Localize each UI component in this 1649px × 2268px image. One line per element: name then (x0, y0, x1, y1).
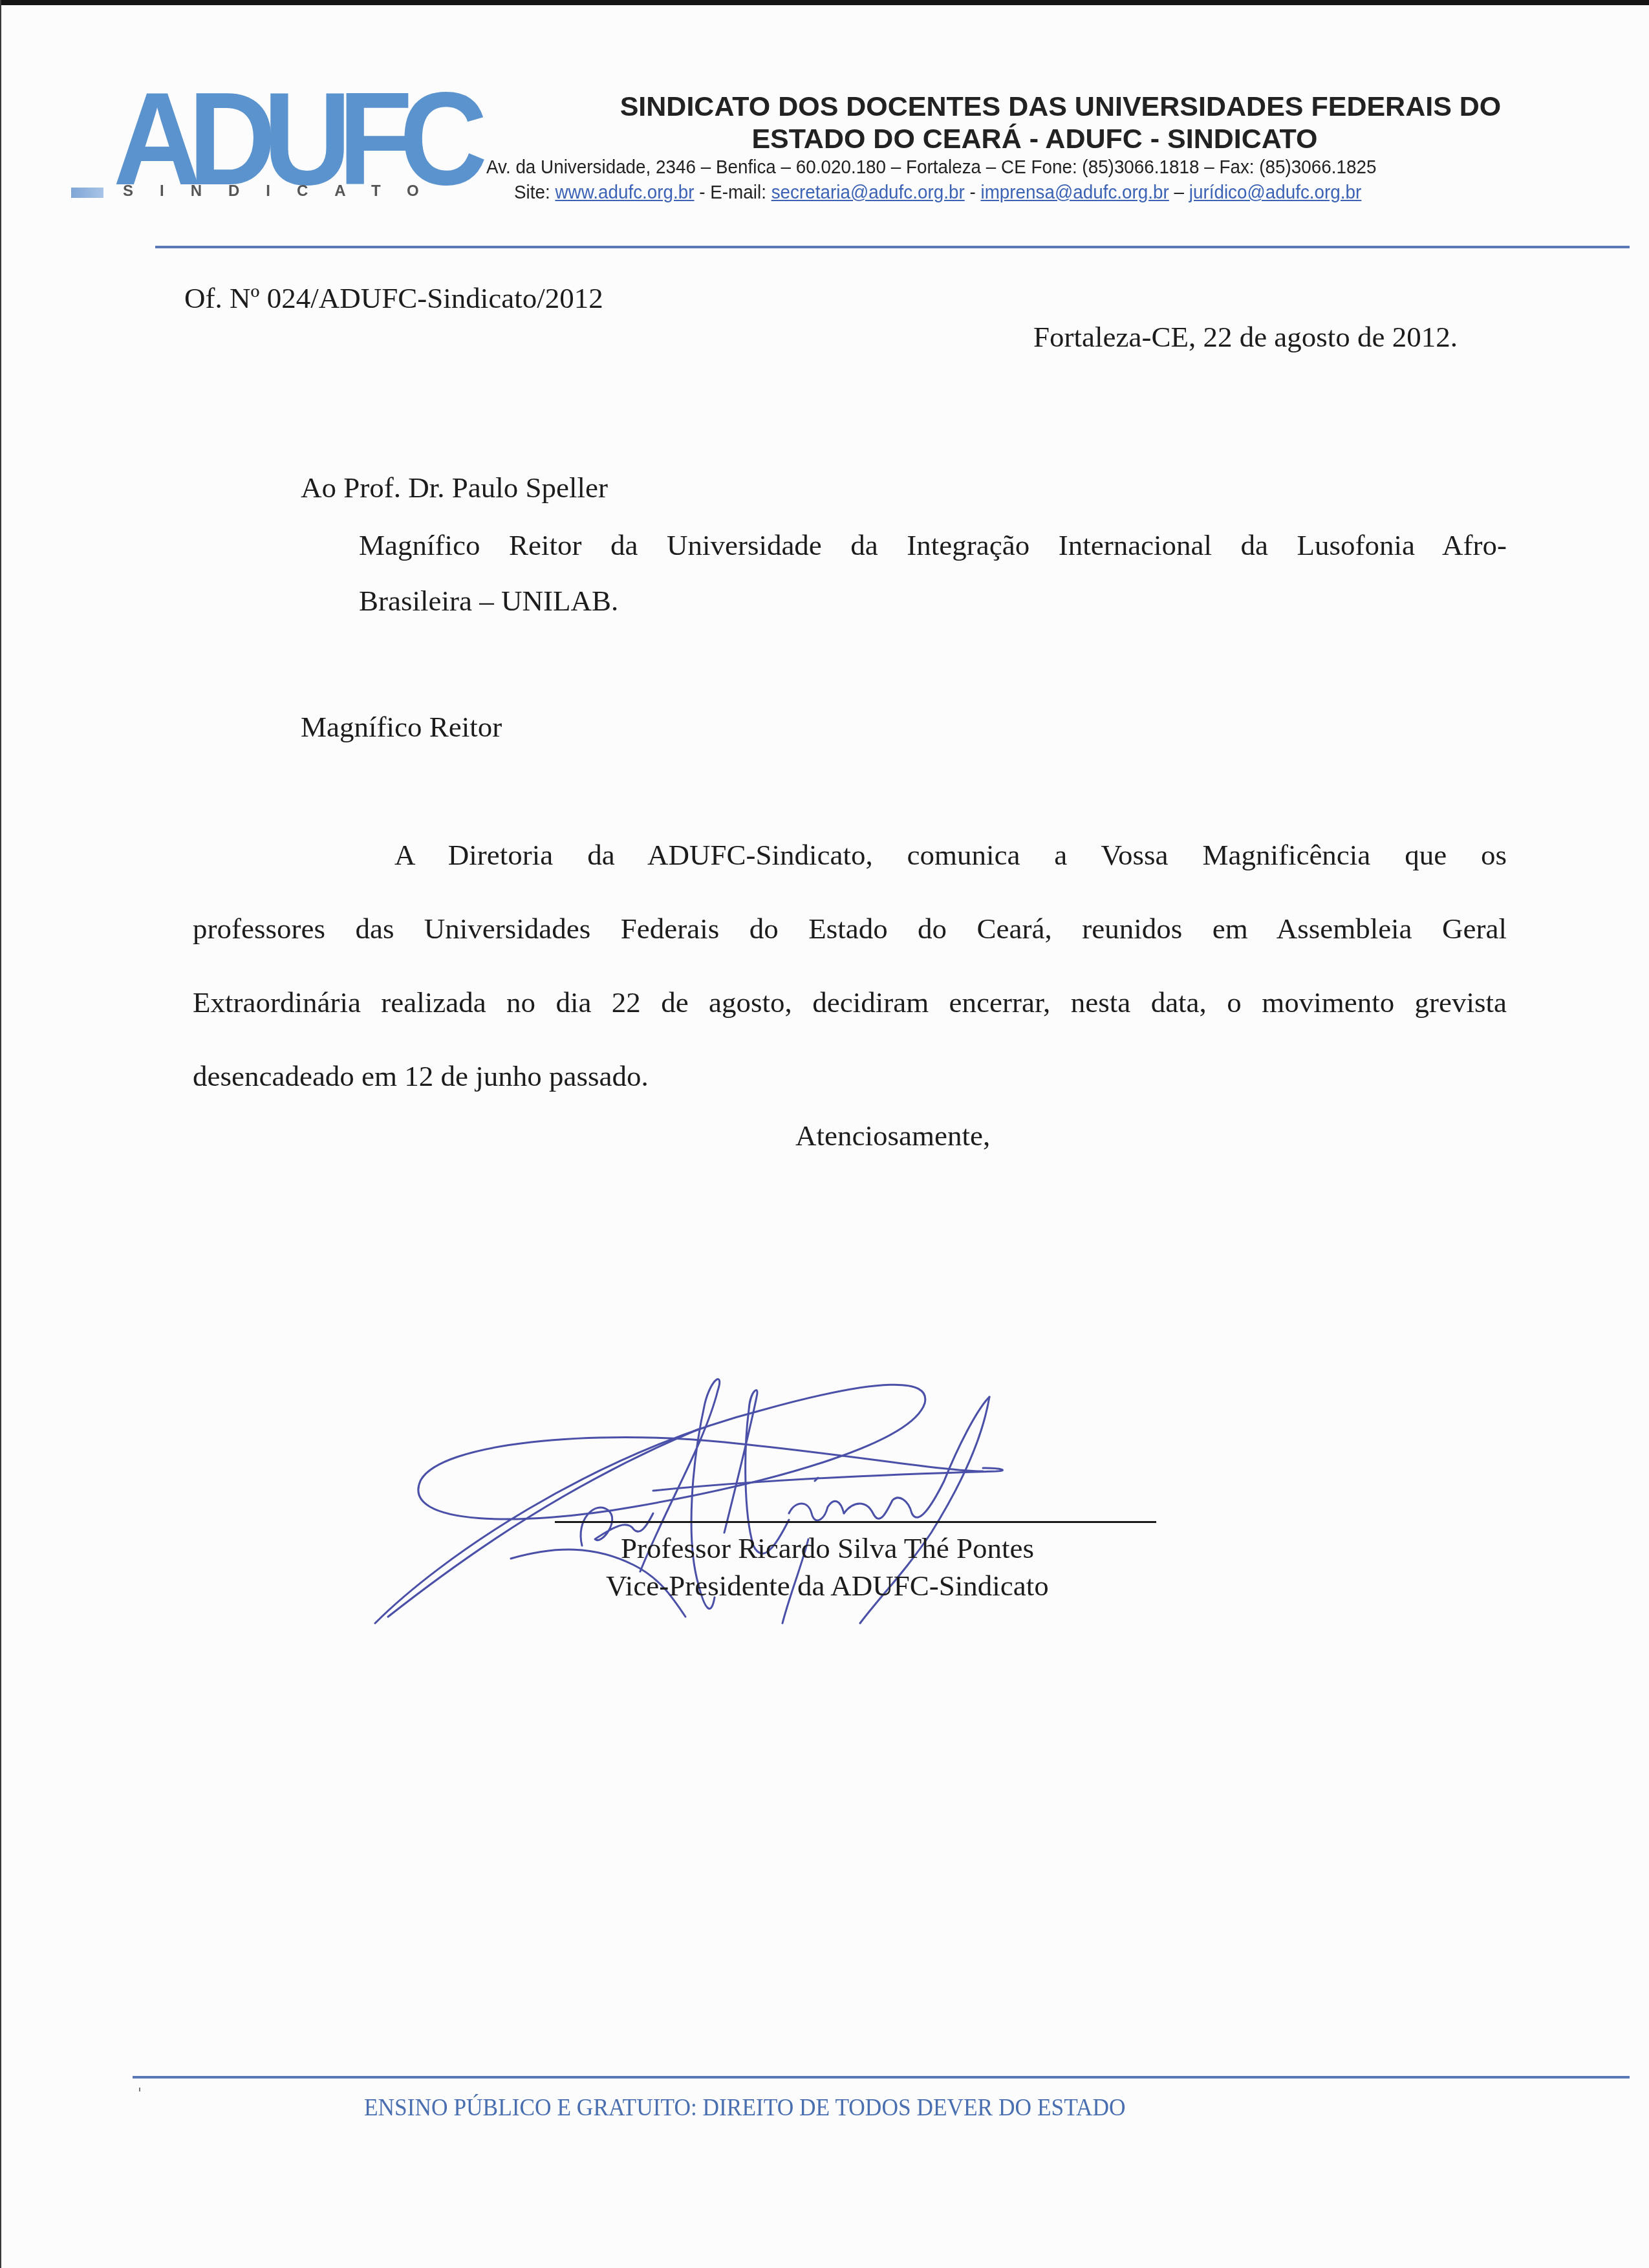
body-line: professores das Universidades Federais d… (193, 892, 1507, 966)
addressee-title-line1: Magnífico Reitor da Universidade da Inte… (359, 517, 1507, 573)
salutation: Magnífico Reitor (301, 710, 502, 744)
email-separator: - (965, 182, 981, 203)
body-paragraph: A Diretoria da ADUFC-Sindicato, comunica… (193, 818, 1507, 1113)
footer-divider (133, 2076, 1630, 2079)
signer-name: Professor Ricardo Silva Thé Pontes (621, 1529, 1034, 1567)
body-line: desencadeado em 12 de junho passado. (193, 1039, 1507, 1113)
contact-line: Site: www.adufc.org.br - E-mail: secreta… (514, 182, 1361, 204)
email-link-juridico[interactable]: jurídico@adufc.org.br (1189, 182, 1362, 203)
letter-reference: Of. Nº 024/ADUFC-Sindicato/2012 (184, 281, 603, 315)
addressee-title-line2: Brasileira – UNILAB. (359, 573, 1507, 629)
scan-edge (0, 0, 1649, 5)
scan-speck (139, 2088, 140, 2091)
logo-wordmark: ADUFC (113, 87, 475, 191)
header-divider (155, 246, 1630, 248)
email-link-secretaria[interactable]: secretaria@adufc.org.br (771, 182, 965, 203)
postal-address: Av. da Universidade, 2346 – Benfica – 60… (486, 157, 1376, 178)
site-label: Site: (514, 182, 550, 203)
signature-line (555, 1521, 1156, 1523)
addressee-title: Magnífico Reitor da Universidade da Inte… (359, 517, 1507, 629)
email-label: - E-mail: (699, 182, 766, 203)
logo-subtext: SINDICATO (123, 182, 446, 200)
scan-edge (0, 0, 1, 2268)
email-separator: – (1169, 182, 1189, 203)
site-link[interactable]: www.adufc.org.br (555, 182, 694, 203)
organization-title-line2: ESTADO DO CEARÁ - ADUFC - SINDICATO (491, 123, 1630, 155)
organization-title-line1: SINDICATO DOS DOCENTES DAS UNIVERSIDADES… (491, 91, 1630, 123)
addressee-name: Ao Prof. Dr. Paulo Speller (301, 471, 608, 504)
closing: Atenciosamente, (795, 1119, 990, 1152)
body-line: Extraordinária realizada no dia 22 de ag… (193, 966, 1507, 1039)
letter-dateline: Fortaleza-CE, 22 de agosto de 2012. (1033, 320, 1458, 354)
signer-title: Vice-Presidente da ADUFC-Sindicato (606, 1567, 1049, 1604)
body-line: A Diretoria da ADUFC-Sindicato, comunica… (193, 818, 1507, 892)
email-link-imprensa[interactable]: imprensa@adufc.org.br (980, 182, 1169, 203)
organization-title: SINDICATO DOS DOCENTES DAS UNIVERSIDADES… (491, 91, 1630, 155)
footer-motto: ENSINO PÚBLICO E GRATUITO: DIREITO DE TO… (364, 2093, 1125, 2122)
logo-swatch-icon (71, 188, 103, 198)
